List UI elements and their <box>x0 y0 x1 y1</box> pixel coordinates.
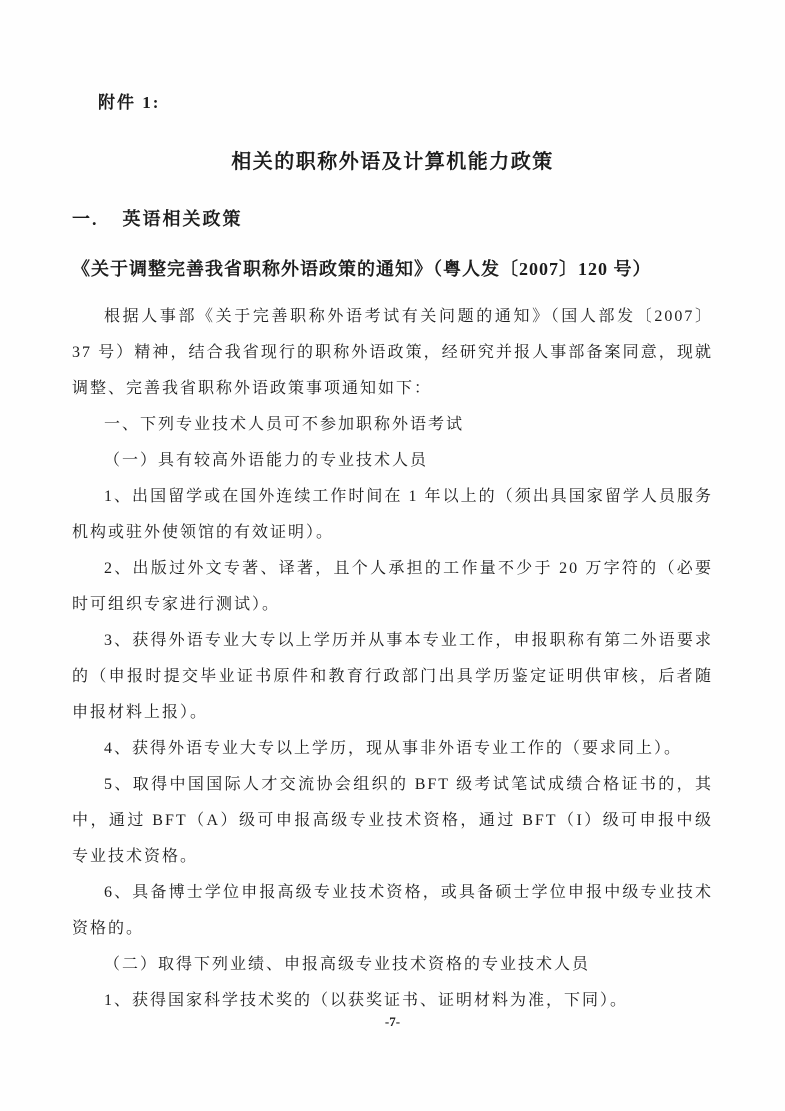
body-paragraph: 1、出国留学或在国外连续工作时间在 1 年以上的（须出具国家留学人员服务机构或驻… <box>72 479 713 551</box>
body-paragraph: 3、获得外语专业大专以上学历并从事本专业工作，申报职称有第二外语要求的（申报时提… <box>72 623 713 731</box>
body-paragraph: 根据人事部《关于完善职称外语考试有关问题的通知》（国人部发〔2007〕37 号）… <box>72 299 713 407</box>
page-number: -7- <box>0 1014 785 1030</box>
section-number: 一. <box>72 209 99 229</box>
body-paragraph: （二）取得下列业绩、申报高级专业技术资格的专业技术人员 <box>72 947 713 983</box>
body-paragraph: 5、取得中国国际人才交流协会组织的 BFT 级考试笔试成绩合格证书的，其中，通过… <box>72 767 713 875</box>
body-paragraph: 一、下列专业技术人员可不参加职称外语考试 <box>72 407 713 443</box>
body-paragraph: （一）具有较高外语能力的专业技术人员 <box>72 443 713 479</box>
section-title: 英语相关政策 <box>123 209 243 229</box>
attachment-label: 附件 1: <box>98 92 713 114</box>
body-paragraph: 4、获得外语专业大专以上学历，现从事非外语专业工作的（要求同上）。 <box>72 731 713 767</box>
body-paragraph: 2、出版过外文专著、译著，且个人承担的工作量不少于 20 万字符的（必要时可组织… <box>72 551 713 623</box>
section-heading: 一.英语相关政策 <box>72 206 713 232</box>
body-paragraph: 6、具备博士学位申报高级专业技术资格，或具备硕士学位申报中级专业技术资格的。 <box>72 875 713 947</box>
policy-body: 根据人事部《关于完善职称外语考试有关问题的通知》（国人部发〔2007〕37 号）… <box>72 299 713 1019</box>
document-title: 相关的职称外语及计算机能力政策 <box>72 148 713 176</box>
document-page: 附件 1: 相关的职称外语及计算机能力政策 一.英语相关政策 《关于调整完善我省… <box>0 0 785 1111</box>
policy-document-title: 《关于调整完善我省职称外语政策的通知》（粤人发〔2007〕120 号） <box>72 256 713 282</box>
